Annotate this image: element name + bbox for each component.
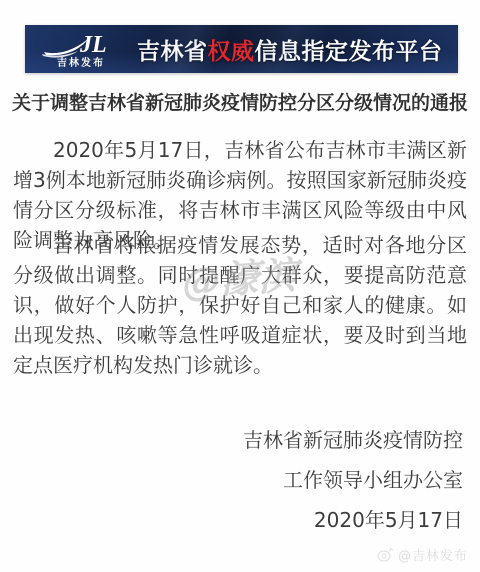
jl-swoosh-icon: JL bbox=[42, 31, 120, 61]
logo-caption: 吉林发布 bbox=[57, 58, 105, 69]
notice-title: 关于调整吉林省新冠肺炎疫情防控分区分级情况的通报 bbox=[0, 88, 480, 115]
weibo-watermark: @吉林发布 bbox=[377, 545, 468, 564]
banner-headline-suffix: 信息指定发布平台 bbox=[255, 39, 443, 65]
signature-date: 2020年5月17日 bbox=[243, 500, 463, 540]
notice-image: JL 吉林发布 吉林省权威信息指定发布平台 关于调整吉林省新冠肺炎疫情防控分区分… bbox=[0, 0, 480, 572]
notice-paragraph-2: 吉林省将根据疫情发展态势，适时对各地分区分级做出调整。同时提醒广大群众，要提高防… bbox=[13, 230, 467, 380]
signature-org-line-2: 工作领导小组办公室 bbox=[243, 460, 463, 500]
banner-headline: 吉林省权威信息指定发布平台 bbox=[137, 33, 458, 66]
signature-block: 吉林省新冠肺炎疫情防控 工作领导小组办公室 2020年5月17日 bbox=[243, 420, 463, 540]
logo-monogram: JL bbox=[79, 32, 107, 58]
weibo-eye-icon bbox=[377, 547, 394, 562]
signature-org-line-1: 吉林省新冠肺炎疫情防控 bbox=[243, 420, 463, 460]
jilin-fabu-logo: JL 吉林发布 bbox=[25, 29, 137, 69]
banner-headline-highlight: 权威 bbox=[208, 39, 255, 65]
banner-headline-prefix: 吉林省 bbox=[137, 39, 208, 65]
weibo-watermark-text: @吉林发布 bbox=[398, 545, 468, 564]
header-banner: JL 吉林发布 吉林省权威信息指定发布平台 bbox=[25, 25, 458, 73]
